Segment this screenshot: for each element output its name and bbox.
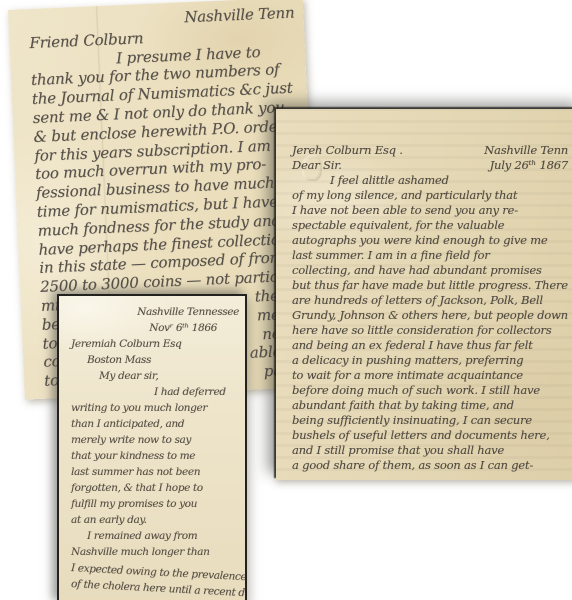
handwritten-line: writing to you much longer [71,400,239,416]
handwritten-line: Dear Sir.July 26ᵗʰ 1867 [292,158,568,173]
letters-photo: Nashville TennFriend ColburnI presume I … [0,0,572,600]
handwritten-line: autographs you were kind enough to give … [292,233,568,248]
handwritten-line: Jereh Colburn Esq .Nashville Tenn [292,143,568,158]
handwritten-line: Nashville Tennessee [71,304,239,320]
handwritten-line: merely write now to say [71,432,239,448]
handwritten-line: and being an ex federal I have thus far … [292,338,568,353]
handwritten-line: here have so little consideration for co… [292,323,568,338]
handwritten-line: a delicacy in pushing matters, preferrin… [292,353,568,368]
handwritten-line: that your kindness to me [71,448,239,464]
handwritten-line: at an early day. [71,512,239,528]
handwritten-line: bushels of useful letters and documents … [292,428,568,443]
handwritten-line: Grundy, Johnson & others here, but peopl… [292,308,568,323]
handwritten-line: I feel alittle ashamed [292,173,568,188]
handwritten-line: but thus far have made but little progre… [292,278,568,293]
handwritten-line: collecting, and have had abundant promis… [292,263,568,278]
handwritten-line: last summer has not been [71,464,239,480]
handwritten-line: forgotten, & that I hope to [71,480,239,496]
handwritten-line: of my long silence, and particularly tha… [292,188,568,203]
handwritten-line: fulfill my promises to you [71,496,239,512]
handwritten-line: Boston Mass [71,352,239,368]
handwritten-line: last summer. I am in a fine field for [292,248,568,263]
handwritten-line: a good share of them, as soon as I can g… [292,458,568,473]
handwritten-line: Novʳ 6ᵗʰ 1866 [71,320,239,336]
handwritten-line: being sufficiently insinuating, I can se… [292,413,568,428]
handwritten-line: I remained away from [71,528,239,544]
handwritten-line: My dear sir, [71,368,239,384]
handwritten-line: Nashville much longer than [71,544,239,560]
handwritten-line: to wait for a more intimate acquaintance [292,368,568,383]
handwritten-letter-right: Jereh Colburn Esq .Nashville TennDear Si… [276,109,572,480]
handwritten-line: Jeremiah Colburn Esq [71,336,239,352]
handwritten-line: and I still promise that you shall have [292,443,568,458]
handwritten-line: than I anticipated, and [71,416,239,432]
handwritten-line: spectable equivalent, for the valuable [292,218,568,233]
handwritten-line: before doing much of such work. I still … [292,383,568,398]
handwritten-letter-bottom-left: Nashville TennesseeNovʳ 6ᵗʰ 1866Jeremiah… [57,294,247,600]
handwritten-line: I have not been able to send you any re- [292,203,568,218]
handwritten-line: I had deferred [71,384,239,400]
handwritten-line: are hundreds of letters of Jackson, Polk… [292,293,568,308]
handwritten-line: abundant faith that by taking time, and [292,398,568,413]
